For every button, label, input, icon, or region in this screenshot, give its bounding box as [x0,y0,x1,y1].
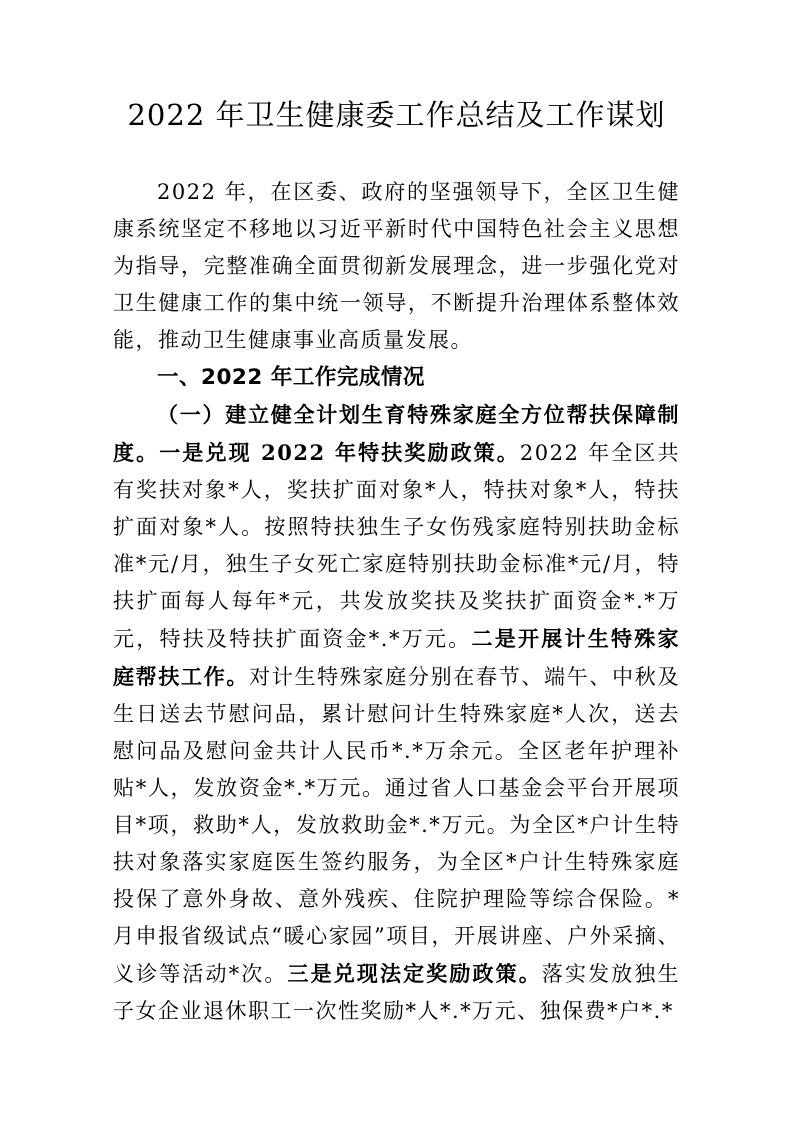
intro-paragraph: 2022 年，在区委、政府的坚强领导下，全区卫生健康系统坚定不移地以习近平新时代… [113,174,680,359]
document-title: 2022 年卫生健康委工作总结及工作谋划 [113,96,680,134]
bold-segment-item-three: 三是兑现法定奖励政策。 [288,961,542,986]
section-heading: 一、2022 年工作完成情况 [113,359,680,396]
document-page: 2022 年卫生健康委工作总结及工作谋划 2022 年，在区委、政府的坚强领导下… [0,0,793,1122]
main-paragraph: （一）建立健全计划生育特殊家庭全方位帮扶保障制度。一是兑现 2022 年特扶奖励… [113,396,680,1030]
text-segment-family-support: 对计生特殊家庭分别在春节、端午、中秋及生日送去节慰问品，累计慰问计生特殊家庭*人… [113,665,680,986]
text-segment-reward-policy: 2022 年全区共有奖扶对象*人，奖扶扩面对象*人，特扶对象*人，特扶扩面对象*… [113,441,680,651]
